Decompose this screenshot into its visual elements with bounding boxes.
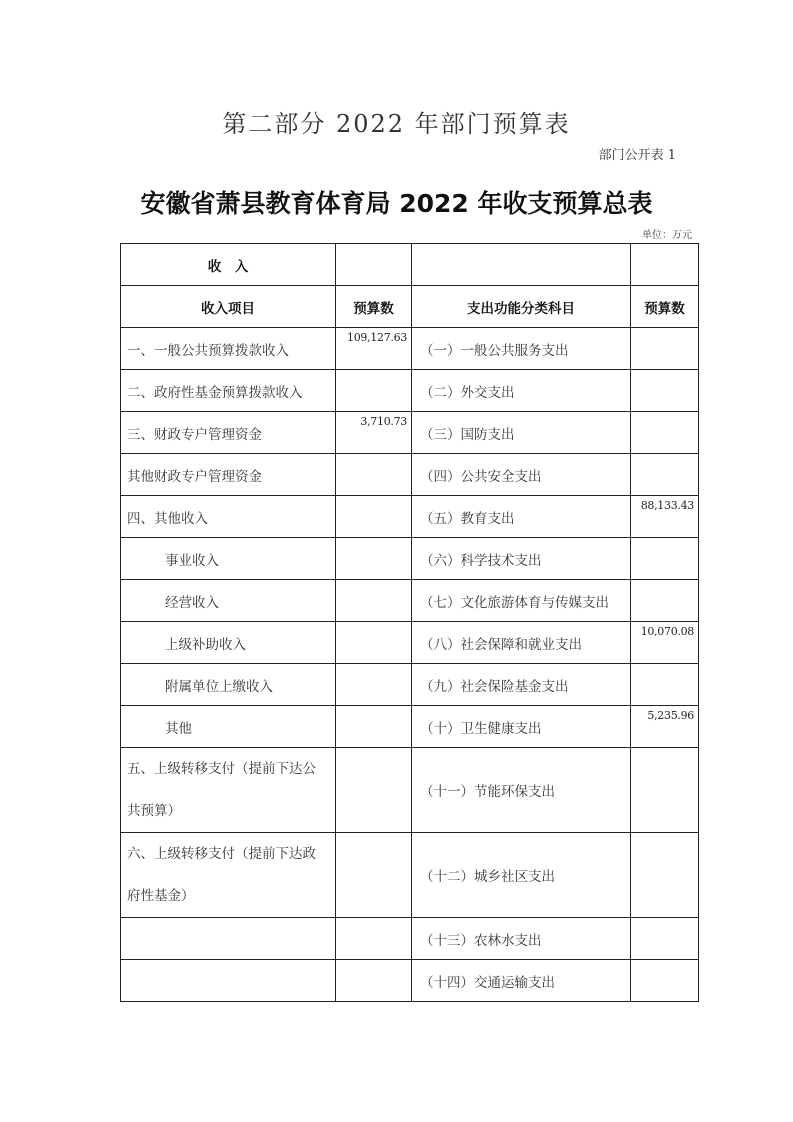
income-amount: [336, 580, 412, 622]
table-row: 上级补助收入 （八）社会保障和就业支出 10,070.08: [121, 622, 699, 664]
expense-item: （十二）城乡社区支出: [412, 833, 631, 918]
table-row: 一、一般公共预算拨款收入 109,127.63 （一）一般公共服务支出: [121, 328, 699, 370]
expense-amount: [631, 960, 699, 1002]
expense-item: （十三）农林水支出: [412, 918, 631, 960]
table-row: 附属单位上缴收入 （九）社会保险基金支出: [121, 664, 699, 706]
expense-item: （二）外交支出: [412, 370, 631, 412]
section-header-row: 收 入: [121, 244, 699, 286]
expense-item: （四）公共安全支出: [412, 454, 631, 496]
unit-label: 单位：万元: [642, 226, 692, 241]
expense-amount: [631, 748, 699, 833]
income-amount: 109,127.63: [336, 328, 412, 370]
expense-amount: [631, 918, 699, 960]
col-expense-amount: 预算数: [631, 286, 699, 328]
table-row: 五、上级转移支付（提前下达公共预算） （十一）节能环保支出: [121, 748, 699, 833]
col-income-item: 收入项目: [121, 286, 336, 328]
budget-summary-table: 收 入 收入项目 预算数 支出功能分类科目 预算数 一、一般公共预算拨款收入 1…: [120, 243, 699, 1002]
table-row: 四、其他收入 （五）教育支出 88,133.43: [121, 496, 699, 538]
income-item: 经营收入: [121, 580, 336, 622]
expense-amount: [631, 664, 699, 706]
income-item: 六、上级转移支付（提前下达政府性基金）: [121, 833, 336, 918]
expense-amount: [631, 833, 699, 918]
income-section-header: 收 入: [121, 244, 336, 286]
expense-item: （五）教育支出: [412, 496, 631, 538]
income-amount: 3,710.73: [336, 412, 412, 454]
income-amount: [336, 496, 412, 538]
table-row: 其他 （十）卫生健康支出 5,235.96: [121, 706, 699, 748]
income-item: 一、一般公共预算拨款收入: [121, 328, 336, 370]
expense-amount: [631, 538, 699, 580]
income-amount: [336, 748, 412, 833]
income-amount: [336, 538, 412, 580]
expense-item: （六）科学技术支出: [412, 538, 631, 580]
income-item: [121, 918, 336, 960]
form-number: 部门公开表 1: [599, 144, 676, 163]
main-title: 安徽省萧县教育体育局 2022 年收支预算总表: [0, 184, 793, 220]
expense-amount: [631, 454, 699, 496]
part-title: 第二部分 2022 年部门预算表: [0, 104, 793, 139]
income-amount: [336, 918, 412, 960]
expense-item: （三）国防支出: [412, 412, 631, 454]
expense-amount: [631, 412, 699, 454]
income-item: 上级补助收入: [121, 622, 336, 664]
income-amount: [336, 454, 412, 496]
table-row: 其他财政专户管理资金 （四）公共安全支出: [121, 454, 699, 496]
income-amount: [336, 960, 412, 1002]
table-row: 六、上级转移支付（提前下达政府性基金） （十二）城乡社区支出: [121, 833, 699, 918]
expense-item: （九）社会保险基金支出: [412, 664, 631, 706]
income-item: 三、财政专户管理资金: [121, 412, 336, 454]
income-item: 事业收入: [121, 538, 336, 580]
empty-cell: [336, 244, 412, 286]
column-header-row: 收入项目 预算数 支出功能分类科目 预算数: [121, 286, 699, 328]
table-row: 二、政府性基金预算拨款收入 （二）外交支出: [121, 370, 699, 412]
income-item: 其他财政专户管理资金: [121, 454, 336, 496]
expense-amount: [631, 328, 699, 370]
income-amount: [336, 622, 412, 664]
col-income-amount: 预算数: [336, 286, 412, 328]
expense-item: （一）一般公共服务支出: [412, 328, 631, 370]
income-amount: [336, 370, 412, 412]
table-row: 三、财政专户管理资金 3,710.73 （三）国防支出: [121, 412, 699, 454]
expense-item: （十一）节能环保支出: [412, 748, 631, 833]
expense-item: （七）文化旅游体育与传媒支出: [412, 580, 631, 622]
table-row: 经营收入 （七）文化旅游体育与传媒支出: [121, 580, 699, 622]
income-item: 附属单位上缴收入: [121, 664, 336, 706]
expense-item: （八）社会保障和就业支出: [412, 622, 631, 664]
table-row: （十三）农林水支出: [121, 918, 699, 960]
expense-amount: 10,070.08: [631, 622, 699, 664]
table-row: 事业收入 （六）科学技术支出: [121, 538, 699, 580]
expense-amount: [631, 370, 699, 412]
income-item: 二、政府性基金预算拨款收入: [121, 370, 336, 412]
expense-item: （十四）交通运输支出: [412, 960, 631, 1002]
income-item: 其他: [121, 706, 336, 748]
income-item: 四、其他收入: [121, 496, 336, 538]
col-expense-item: 支出功能分类科目: [412, 286, 631, 328]
empty-cell: [631, 244, 699, 286]
empty-cell: [412, 244, 631, 286]
income-item: [121, 960, 336, 1002]
expense-amount: 5,235.96: [631, 706, 699, 748]
income-amount: [336, 664, 412, 706]
expense-amount: [631, 580, 699, 622]
income-item: 五、上级转移支付（提前下达公共预算）: [121, 748, 336, 833]
table-row: （十四）交通运输支出: [121, 960, 699, 1002]
expense-item: （十）卫生健康支出: [412, 706, 631, 748]
income-amount: [336, 833, 412, 918]
expense-amount: 88,133.43: [631, 496, 699, 538]
income-amount: [336, 706, 412, 748]
